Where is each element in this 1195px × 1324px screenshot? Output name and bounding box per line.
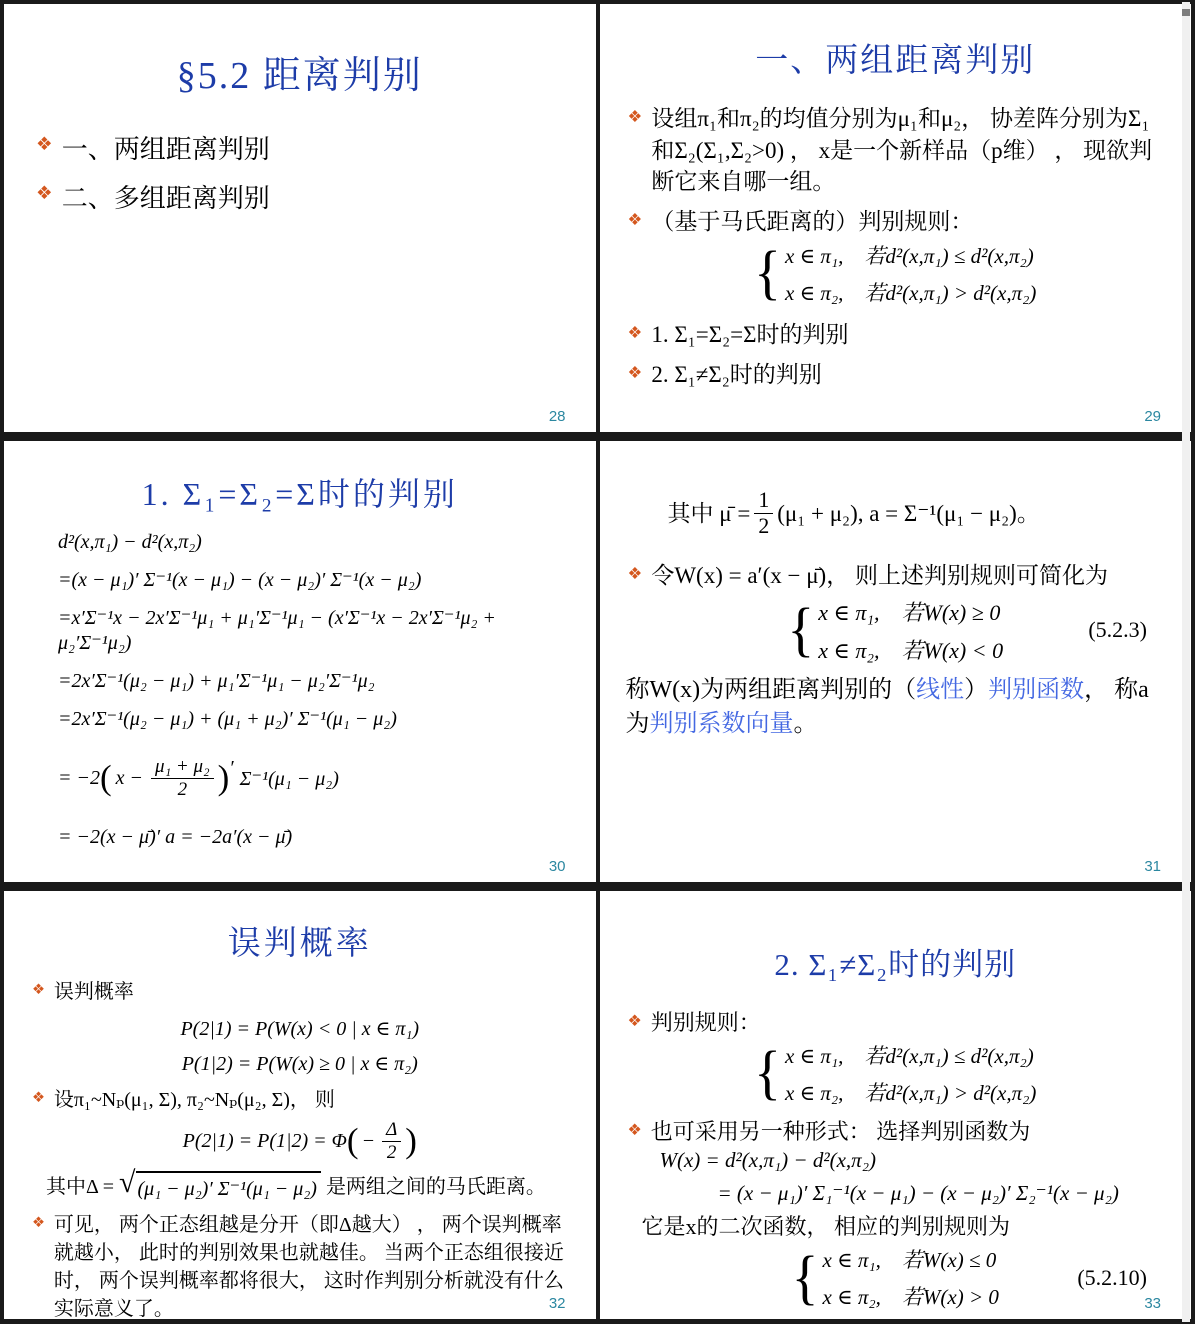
discriminant-rule-cases: { x ∈ π₁, 若d²(x,π₁) ≤ d²(x,π₂) x ∈ π₂, 若… [626,240,1166,307]
big-right-paren: ) [405,1127,417,1155]
case-line: x ∈ π₂, 若W(x) < 0 [818,634,1003,665]
page-number: 33 [1144,1295,1161,1312]
list-item: ❖ 可见， 两个正态组越是分开（即Δ越大） ， 两个误判概率就越小， 此时的判别… [32,1211,570,1319]
formula-line: =2x′Σ⁻¹(μ₂ − μ₁) + (μ₁ + μ₂)′ Σ⁻¹(μ₁ − μ… [58,706,570,731]
slide-29-title: 一、两组距离判别 [626,34,1166,81]
misjudge-prob-formula-1: P(2|1) = P(W(x) < 0 | x ∈ π₁) [30,1016,570,1041]
list-item-text: 设π₁~Nₚ(μ₁, Σ), π₂~Nₚ(μ₂, Σ)， 则 [54,1086,335,1114]
case-line: x ∈ π₂, 若d²(x,π₁) > d²(x,π₂) [785,1077,1036,1107]
misjudge-prob-formula-2: P(1|2) = P(W(x) ≥ 0 | x ∈ π₂) [30,1051,570,1076]
list-item: ❖ 设π₁~Nₚ(μ₁, Σ), π₂~Nₚ(μ₂, Σ)， 则 [32,1086,570,1114]
fraction: 1 2 [754,489,773,538]
formula-line-fraction: = −2 ( x − μ₁ + μ₂ 2 ) ′ Σ⁻¹(μ₁ − μ₂) [58,757,339,800]
vertical-scrollbar[interactable] [1182,2,1190,1322]
pdf-viewer-page: §5.2 距离判别 ❖ 一、两组距离判别 ❖ 二、多组距离判别 28 一、两组距… [0,0,1195,1324]
list-item: ❖ 设组π₁和π₂的均值分别为μ₁和μ₂， 协差阵分别为Σ₁和Σ₂(Σ₁,Σ₂>… [628,103,1166,198]
formula-part: 其中Δ = [46,1173,114,1201]
definition-paragraph: 称W(x)为两组距离判别的（线性）判别函数， 称a为判别系数向量。 [626,673,1166,743]
slide-28: §5.2 距离判别 ❖ 一、两组距离判别 ❖ 二、多组距离判别 28 [4,4,596,432]
list-item-text: 二、多组距离判别 [62,178,270,215]
slide-30: 1. Σ₁=Σ₂=Σ时的判别 d²(x,π₁) − d²(x,π₂) =(x −… [4,441,596,882]
list-item-text: 误判概率 [54,978,134,1006]
diamond-bullet-icon: ❖ [32,1086,45,1111]
page-number: 28 [549,408,566,425]
formula-part: Σ⁻¹(μ₁ − μ₂) [240,766,339,791]
scrollbar-thumb[interactable] [1182,9,1190,16]
formula-line: = (x − μ₁)′ Σ₁⁻¹(x − μ₁) − (x − μ₂)′ Σ₂⁻… [718,1181,1166,1206]
list-item-text: 也可采用另一种形式： 选择判别函数为 [651,1117,1031,1147]
left-brace: { [754,1043,781,1103]
formula-line: = −2(x − μ̄)′ a = −2a′(x − μ̄) [58,826,570,849]
list-item: ❖ 2. Σ₁≠Σ₂时的判别 [628,359,1166,391]
text-segment: 称W(x)为两组距离判别的（ [626,677,917,703]
equation-number: (5.2.10) [1077,1265,1147,1291]
diamond-bullet-icon: ❖ [32,978,45,1003]
case-line: x ∈ π₁, 若d²(x,π₁) ≤ d²(x,π₂) [785,1040,1036,1070]
case-line: x ∈ π₂, 若d²(x,π₁) > d²(x,π₂) [785,277,1036,307]
big-left-paren: ( [347,1127,359,1155]
list-item-text: 判别规则： [651,1008,761,1038]
slide-33-title: 2. Σ₁≠Σ₂时的判别 [626,939,1166,984]
slide-28-title: §5.2 距离判别 [30,44,570,99]
list-item-text: 1. Σ₁=Σ₂=Σ时的判别 [651,319,848,351]
list-item-text: （基于马氏距离的）判别规则： [651,206,973,238]
slide-grid: §5.2 距离判别 ❖ 一、两组距离判别 ❖ 二、多组距离判别 28 一、两组距… [0,0,1195,1324]
diamond-bullet-icon: ❖ [32,1211,45,1236]
slide-33: 2. Σ₁≠Σ₂时的判别 ❖ 判别规则： { x ∈ π₁, 若d²(x,π₁)… [600,891,1192,1319]
rule-with-eqno: { x ∈ π₁, 若W(x) ≥ 0 x ∈ π₂, 若W(x) < 0 (5… [626,596,1166,665]
list-item: ❖ 也可采用另一种形式： 选择判别函数为 [628,1117,1166,1147]
formula-part: 是两组之间的马氏距离。 [326,1173,546,1201]
mu-definition-line: 其中 μ̄ = 1 2 (μ₁ + μ₂), a = Σ⁻¹(μ₁ − μ₂)。 [668,489,1040,538]
diamond-bullet-icon: ❖ [628,1008,642,1036]
formula-part: 其中 μ̄ = [668,498,751,530]
fraction-denominator: 2 [758,514,769,538]
list-item-text: 可见， 两个正态组越是分开（即Δ越大） ， 两个误判概率就越小， 此时的判别效果… [54,1211,568,1319]
formula-part: = −2 [58,767,100,790]
list-item-text: 令W(x) = a′(x − μ̄)， 则上述判别规则可简化为 [651,560,1108,592]
fraction-numerator: Δ [382,1120,401,1142]
case-line: x ∈ π₁, 若W(x) ≥ 0 [818,596,1003,627]
diamond-bullet-icon: ❖ [36,178,53,211]
text-segment: ） [964,677,988,703]
fraction-denominator: 2 [178,779,188,800]
formula-part: P(2|1) = P(1|2) = Φ [183,1130,347,1153]
link-text: 线性 [916,677,964,703]
page-number: 29 [1144,408,1161,425]
slide-31: 其中 μ̄ = 1 2 (μ₁ + μ₂), a = Σ⁻¹(μ₁ − μ₂)。… [600,441,1192,882]
fraction: Δ 2 [382,1120,401,1163]
slide-29: 一、两组距离判别 ❖ 设组π₁和π₂的均值分别为μ₁和μ₂， 协差阵分别为Σ₁和… [600,4,1192,432]
list-item-text: 2. Σ₁≠Σ₂时的判别 [651,359,821,391]
left-brace: { [792,1247,819,1307]
left-brace: { [787,600,814,660]
fraction: μ₁ + μ₂ 2 [151,757,214,800]
page-number: 30 [549,858,566,875]
formula-line: W(x) = d²(x,π₁) − d²(x,π₂) [660,1148,1166,1173]
slide-32: 误判概率 ❖ 误判概率 P(2|1) = P(W(x) < 0 | x ∈ π₁… [4,891,596,1319]
list-item: ❖ （基于马氏距离的）判别规则： [628,206,1166,238]
page-number: 32 [549,1295,566,1312]
list-item: ❖ 1. Σ₁=Σ₂=Σ时的判别 [628,319,1166,351]
list-item: ❖ 一、两组距离判别 [36,129,570,166]
big-left-paren: ( [100,764,112,792]
radicand: (μ₁ − μ₂)′ Σ⁻¹(μ₁ − μ₂) [136,1171,321,1203]
fraction-numerator: μ₁ + μ₂ [151,757,214,779]
equation-number: (5.2.3) [1088,617,1147,643]
text-segment: 。 [794,711,818,737]
diamond-bullet-icon: ❖ [628,1117,642,1145]
radical-sign: √ [119,1168,135,1198]
paragraph-text: 它是x的二次函数， 相应的判别规则为 [642,1212,1166,1242]
phi-formula: P(2|1) = P(1|2) = Φ ( − Δ 2 ) [30,1120,570,1163]
rule-with-eqno: { x ∈ π₁, 若W(x) ≤ 0 x ∈ π₂, 若W(x) > 0 (5… [626,1244,1166,1311]
diamond-bullet-icon: ❖ [36,129,53,162]
slide-30-title: 1. Σ₁=Σ₂=Σ时的判别 [30,469,570,515]
square-root: √ (μ₁ − μ₂)′ Σ⁻¹(μ₁ − μ₂) [119,1171,321,1203]
diamond-bullet-icon: ❖ [628,103,643,132]
page-number: 31 [1144,858,1161,875]
big-right-paren: ) [218,764,230,792]
discriminant-rule-cases: { x ∈ π₁, 若d²(x,π₁) ≤ d²(x,π₂) x ∈ π₂, 若… [626,1040,1166,1107]
diamond-bullet-icon: ❖ [628,560,643,589]
fraction-numerator: 1 [754,489,773,514]
diamond-bullet-icon: ❖ [628,359,643,388]
list-item: ❖ 判别规则： [628,1008,1166,1038]
link-text: 判别函数 [988,677,1084,703]
list-item-text: 设组π₁和π₂的均值分别为μ₁和μ₂， 协差阵分别为Σ₁和Σ₂(Σ₁,Σ₂>0)… [651,103,1165,198]
case-line: x ∈ π₁, 若W(x) ≤ 0 [822,1244,998,1274]
formula-part: (μ₁ + μ₂), a = Σ⁻¹(μ₁ − μ₂)。 [777,498,1040,530]
list-item-text: 一、两组距离判别 [62,129,270,166]
formula-line: =x′Σ⁻¹x − 2x′Σ⁻¹μ₁ + μ₁′Σ⁻¹μ₁ − (x′Σ⁻¹x … [58,605,570,655]
formula-line: d²(x,π₁) − d²(x,π₂) [58,531,570,554]
list-item: ❖ 二、多组距离判别 [36,178,570,215]
fraction-denominator: 2 [387,1142,397,1163]
case-line: x ∈ π₁, 若d²(x,π₁) ≤ d²(x,π₂) [785,240,1036,270]
link-text: 判别系数向量 [650,711,794,737]
list-item: ❖ 误判概率 [32,978,570,1006]
derivation-formulas: d²(x,π₁) − d²(x,π₂) =(x − μ₁)′ Σ⁻¹(x − μ… [58,531,570,849]
mahalanobis-distance-line: 其中Δ = √ (μ₁ − μ₂)′ Σ⁻¹(μ₁ − μ₂) 是两组之间的马氏… [46,1171,546,1203]
left-brace: { [754,243,781,303]
case-line: x ∈ π₂, 若W(x) > 0 [822,1281,998,1311]
formula-part: x − [116,767,143,790]
diamond-bullet-icon: ❖ [628,319,643,348]
formula-line: =(x − μ₁)′ Σ⁻¹(x − μ₁) − (x − μ₂)′ Σ⁻¹(x… [58,567,570,592]
diamond-bullet-icon: ❖ [628,206,643,235]
list-item: ❖ 令W(x) = a′(x − μ̄)， 则上述判别规则可简化为 [628,560,1166,592]
slide-32-title: 误判概率 [30,917,570,964]
prime-mark: ′ [229,757,233,780]
simplified-rule-cases: { x ∈ π₁, 若W(x) ≥ 0 x ∈ π₂, 若W(x) < 0 [626,596,1166,665]
minus-sign: − [362,1130,376,1153]
formula-line: =2x′Σ⁻¹(μ₂ − μ₁) + μ₁′Σ⁻¹μ₁ − μ₂′Σ⁻¹μ₂ [58,668,570,693]
